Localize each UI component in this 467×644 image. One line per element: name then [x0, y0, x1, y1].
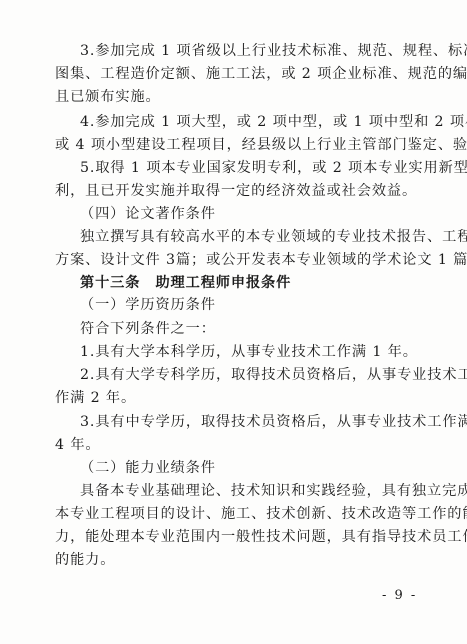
page-number: - 9 -: [382, 588, 417, 603]
section-heading: 第十三条 助理工程师申报条件: [80, 272, 413, 294]
text-line: 5.取得 1 项本专业国家发明专利，或 2 项本专业实用新型专: [80, 157, 413, 179]
text-line: 或 4 项小型建设工程项目，经县级以上行业主管部门鉴定、验收。: [55, 134, 413, 156]
text-line: （一）学历资历条件: [80, 294, 413, 316]
text-line: 具备本专业基础理论、技术知识和实践经验，具有独立完成: [80, 480, 413, 502]
document-page: 3.参加完成 1 项省级以上行业技术标准、规范、规程、标准图集、工程造价定额、施…: [0, 0, 467, 644]
text-line: 3.具有中专学历，取得技术员资格后，从事专业技术工作满: [80, 411, 413, 433]
text-line: 符合下列条件之一：: [80, 318, 413, 340]
text-line: 2.具有大学专科学历，取得技术员资格后，从事专业技术工: [80, 364, 413, 386]
text-line: （四）论文著作条件: [80, 203, 413, 225]
text-line: 4.参加完成 1 项大型，或 2 项中型，或 1 项中型和 2 项小型，: [80, 111, 413, 133]
text-line: 1.具有大学本科学历，从事专业技术工作满 1 年。: [80, 341, 413, 363]
text-line: 作满 2 年。: [55, 387, 413, 409]
text-line: 图集、工程造价定额、施工工法，或 2 项企业标准、规范的编制，: [55, 63, 413, 85]
text-line: 方案、设计文件 3篇；或公开发表本专业领域的学术论文 1 篇。: [55, 249, 413, 271]
text-line: 的能力。: [55, 549, 413, 571]
text-line: 利，且已开发实施并取得一定的经济效益或社会效益。: [55, 180, 413, 202]
text-line: 本专业工程项目的设计、施工、技术创新、技术改造等工作的能: [55, 503, 413, 525]
text-line: （二）能力业绩条件: [80, 457, 413, 479]
text-line: 3.参加完成 1 项省级以上行业技术标准、规范、规程、标准: [80, 40, 413, 62]
text-line: 力，能处理本专业范围内一般性技术问题，具有指导技术员工作: [55, 526, 413, 548]
text-line: 4 年。: [55, 434, 413, 456]
text-line: 独立撰写具有较高水平的本专业领域的专业技术报告、工程: [80, 226, 413, 248]
text-line: 且已颁布实施。: [55, 86, 413, 108]
